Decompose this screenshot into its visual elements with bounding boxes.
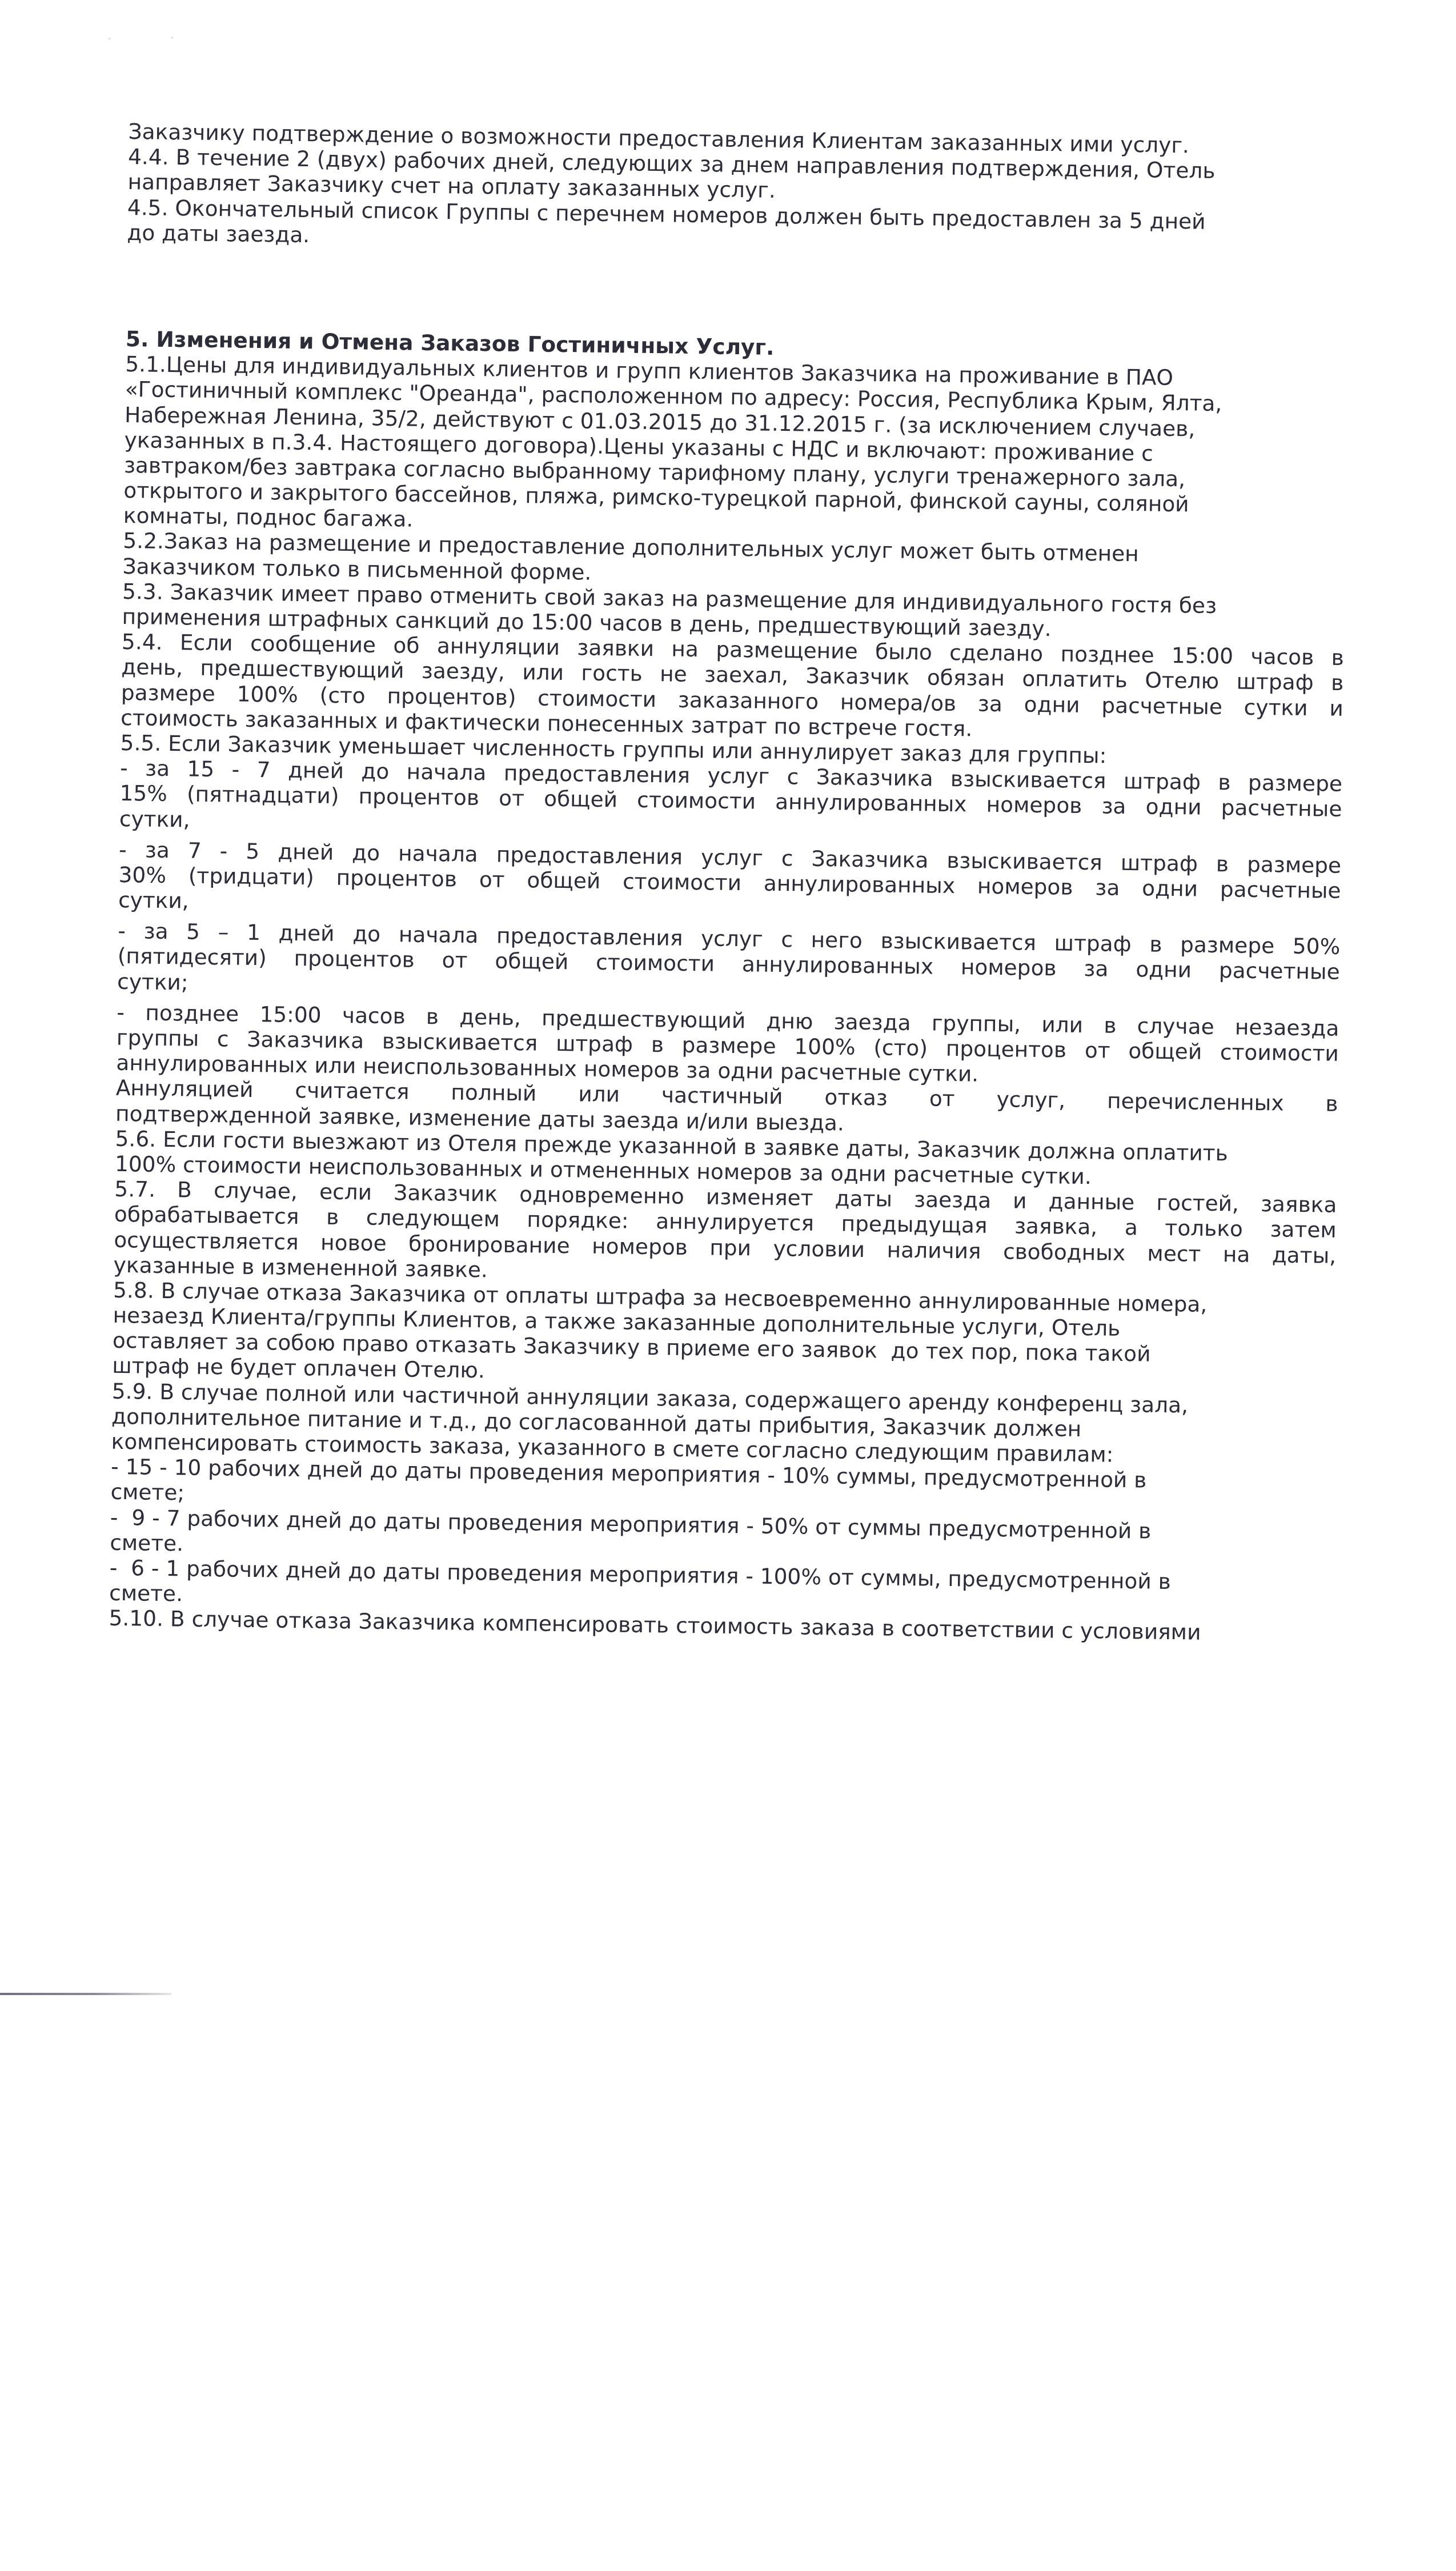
scan-edge-artifact — [0, 1993, 171, 1995]
scan-speck — [109, 38, 110, 39]
scanned-page: Заказчику подтверждение о возможности пр… — [0, 0, 1456, 2571]
document-body: Заказчику подтверждение о возможности пр… — [109, 119, 1350, 1647]
scan-speck — [171, 37, 173, 38]
